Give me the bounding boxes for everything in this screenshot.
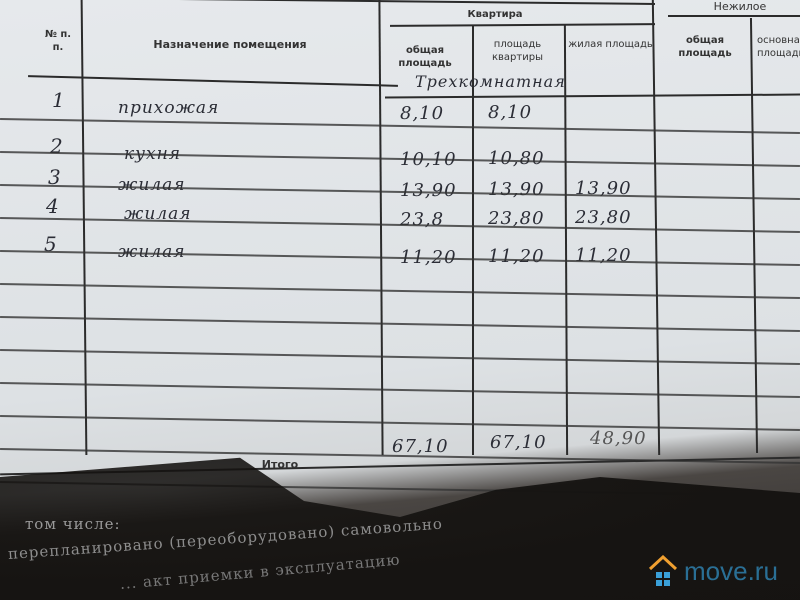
house-icon [648, 555, 678, 587]
row-number: 4 [46, 194, 59, 218]
column-header-apt-area: площадь квартиры [475, 38, 560, 64]
apartment-type-note: Трехкомнатная [415, 72, 566, 91]
footer-line-1: том числе: [25, 515, 121, 533]
apt-area: 8,10 [488, 102, 532, 123]
apt-total-area: 8,10 [400, 103, 444, 124]
living-area: 11,20 [575, 245, 632, 266]
column-header-nonres-main: основная площадь [757, 34, 800, 60]
watermark-logo: move.ru [648, 555, 778, 587]
column-header-purpose: Назначение помещения [130, 38, 330, 51]
total-living-area: 48,90 [590, 428, 647, 449]
apt-area: 13,90 [488, 179, 545, 200]
apt-area: 10,80 [488, 148, 545, 169]
column-header-number: № п. п. [38, 28, 78, 54]
column-header-apartment: Квартира [440, 8, 550, 21]
column-header-apt-total: общая площадь [385, 44, 465, 70]
total-apt-area: 67,10 [490, 432, 547, 453]
apt-total-area: 23,8 [400, 209, 444, 230]
room-purpose: жилая [118, 175, 186, 195]
watermark-text: move.ru [684, 556, 778, 587]
room-purpose: прихожая [118, 98, 219, 118]
column-header-nonres-total: общая площадь [660, 34, 750, 60]
total-apt-total-area: 67,10 [392, 436, 449, 457]
apt-area: 11,20 [488, 246, 545, 267]
divider [668, 15, 800, 17]
row-number: 2 [50, 134, 63, 158]
row-number: 1 [52, 88, 65, 112]
living-area: 23,80 [575, 207, 632, 228]
totals-label: Итого [250, 458, 310, 471]
column-header-nonresidential: Нежилое [700, 0, 780, 13]
column-header-living: жилая площадь [568, 38, 653, 51]
